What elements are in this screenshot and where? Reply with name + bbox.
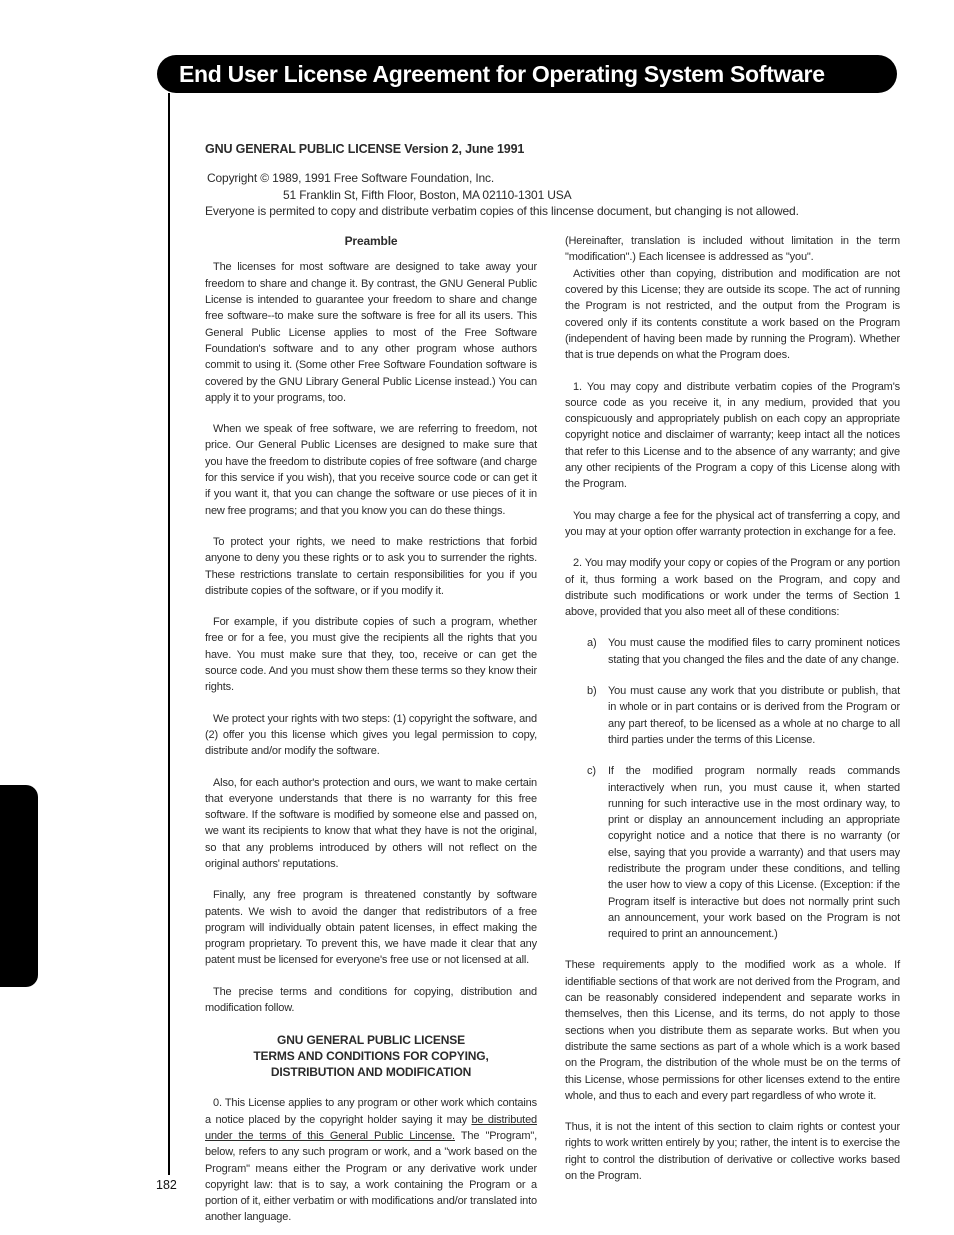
paragraph: 1. You may copy and distribute verbatim …	[565, 379, 900, 493]
right-paragraphs-top: (Hereinafter, translation is included wi…	[565, 233, 900, 620]
right-paragraphs-bottom: These requirements apply to the modified…	[565, 957, 900, 1184]
condition-item: c)If the modified program normally reads…	[565, 763, 900, 942]
right-column: (Hereinafter, translation is included wi…	[565, 233, 900, 1235]
two-column-body: Preamble The licenses for most software …	[205, 233, 902, 1235]
paragraph: These requirements apply to the modified…	[565, 957, 900, 1104]
paragraph: The precise terms and conditions for cop…	[205, 984, 537, 1017]
text-run: The "Program", below, refers to any such…	[205, 1130, 537, 1223]
paragraph: You may charge a fee for the physical ac…	[565, 508, 900, 541]
chapter-edge-tab	[0, 785, 38, 987]
list-marker: a)	[587, 635, 596, 651]
left-column: Preamble The licenses for most software …	[205, 233, 537, 1235]
permission-line: Everyone is permited to copy and distrib…	[205, 203, 902, 219]
license-heading: GNU GENERAL PUBLIC LICENSE Version 2, Ju…	[205, 141, 902, 157]
paragraph: Thus, it is not the intent of this secti…	[565, 1119, 900, 1184]
page-number: 182	[156, 1178, 177, 1192]
paragraph: (Hereinafter, translation is included wi…	[565, 233, 900, 266]
conditions-list: a)You must cause the modified files to c…	[565, 635, 900, 942]
terms-heading: GNU GENERAL PUBLIC LICENSETERMS AND COND…	[205, 1032, 537, 1080]
condition-item: a)You must cause the modified files to c…	[565, 635, 900, 668]
left-margin-rule	[168, 93, 170, 1175]
preamble-heading: Preamble	[205, 233, 537, 249]
list-item-text: If the modified program normally reads c…	[608, 765, 900, 940]
terms-heading-line: TERMS AND CONDITIONS FOR COPYING,	[205, 1048, 537, 1064]
paragraph: 2. You may modify your copy or copies of…	[565, 555, 900, 620]
paragraph: To protect your rights, we need to make …	[205, 534, 537, 599]
paragraph: Also, for each author's protection and o…	[205, 775, 537, 873]
license-document: GNU GENERAL PUBLIC LICENSE Version 2, Ju…	[205, 141, 902, 1235]
preamble-paragraphs: The licenses for most software are desig…	[205, 259, 537, 1016]
copyright-line: Copyright © 1989, 1991 Free Software Fou…	[207, 170, 902, 186]
terms-heading-line: GNU GENERAL PUBLIC LICENSE	[205, 1032, 537, 1048]
page-title-bar: End User License Agreement for Operating…	[157, 55, 897, 93]
paragraph: Activities other than copying, distribut…	[565, 266, 900, 364]
paragraph: The licenses for most software are desig…	[205, 259, 537, 406]
condition-item: b)You must cause any work that you distr…	[565, 683, 900, 748]
paragraph: Finally, any free program is threatened …	[205, 887, 537, 968]
list-item-text: You must cause the modified files to car…	[608, 637, 900, 665]
paragraph: When we speak of free software, we are r…	[205, 421, 537, 519]
address-line: 51 Franklin St, Fifth Floor, Boston, MA …	[283, 187, 902, 203]
paragraph: We protect your rights with two steps: (…	[205, 711, 537, 760]
section-0-paragraph: 0. This License applies to any program o…	[205, 1095, 537, 1225]
list-marker: c)	[587, 763, 596, 779]
list-item-text: You must cause any work that you distrib…	[608, 685, 900, 746]
page-title: End User License Agreement for Operating…	[179, 61, 825, 87]
terms-heading-line: DISTRIBUTION AND MODIFICATION	[205, 1064, 537, 1080]
list-marker: b)	[587, 683, 596, 699]
paragraph: For example, if you distribute copies of…	[205, 614, 537, 695]
